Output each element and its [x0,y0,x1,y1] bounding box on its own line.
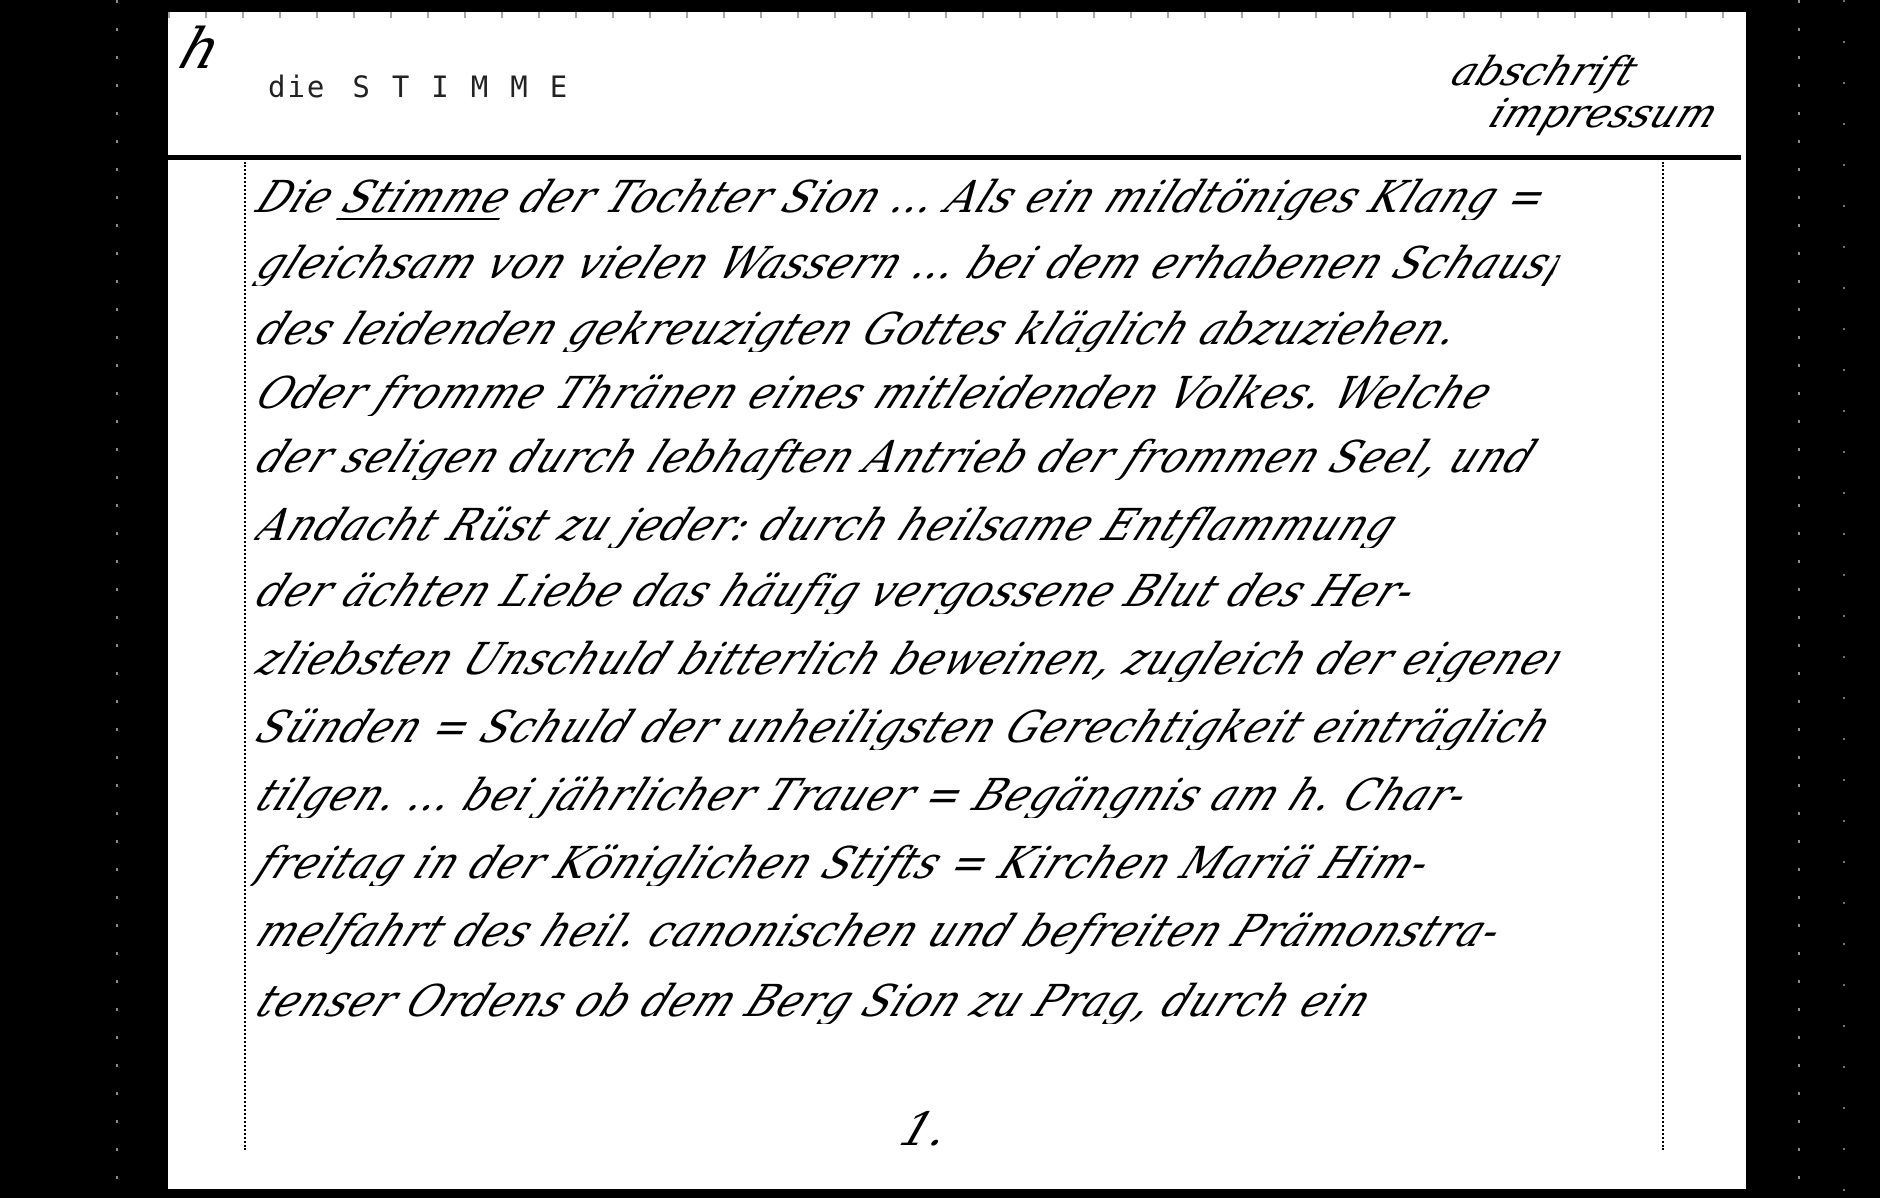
scan-border-noise-left [116,0,118,1198]
text-line: freitag in der Königlichen Stifts = Kirc… [250,842,1567,886]
text-line: tilgen. … bei jährlicher Trauer = Begäng… [250,774,1567,818]
line-text: der Tochter Sion … Als ein mildtöniges K… [498,176,1567,220]
text-line: des leidenden gekreuzigten Gottes klägli… [250,308,1567,352]
text-line: tenser Ordens ob dem Berg Sion zu Prag, … [250,980,1567,1024]
text-line: Andacht Rüst zu jeder: durch heilsame En… [250,504,1567,548]
annotation-impressum: impressum [1484,94,1724,134]
text-line: gleichsam von vielen Wassern … bei dem e… [250,242,1567,286]
right-margin-line [1662,162,1664,1150]
header-rule [168,155,1741,160]
left-margin-line [244,162,246,1150]
typed-title: die STIMME [268,70,589,104]
scan-border-noise-right [1798,0,1800,1198]
text-line: Sünden = Schuld der unheiligsten Gerecht… [250,706,1567,750]
text-line: zliebsten Unschuld bitterlich beweinen, … [250,638,1567,682]
text-line: der seligen durch lebhaften Antrieb der … [250,436,1567,480]
margin-initial: h [173,22,227,78]
underlined-word: Stimme [335,176,521,220]
handwritten-annotation: abschrift impressum [1454,52,1716,134]
text-line: der ächten Liebe das häufig vergossene B… [250,570,1567,614]
page-number: 1. [893,1102,957,1156]
manuscript-page: h die STIMME abschrift impressum Die Sti… [168,12,1746,1189]
typed-title-article: die [268,70,326,104]
text-line: Die Stimme der Tochter Sion … Als ein mi… [250,176,1567,220]
text-line: melfahrt des heil. canonischen und befre… [250,910,1567,954]
typed-title-word: STIMME [352,70,589,104]
text-line: Oder fromme Thränen eines mitleidenden V… [250,372,1567,416]
scan-border-noise-right-outer [1843,0,1845,1198]
annotation-abschrift: abschrift [1446,52,1724,92]
scan-speckle [168,12,1746,18]
